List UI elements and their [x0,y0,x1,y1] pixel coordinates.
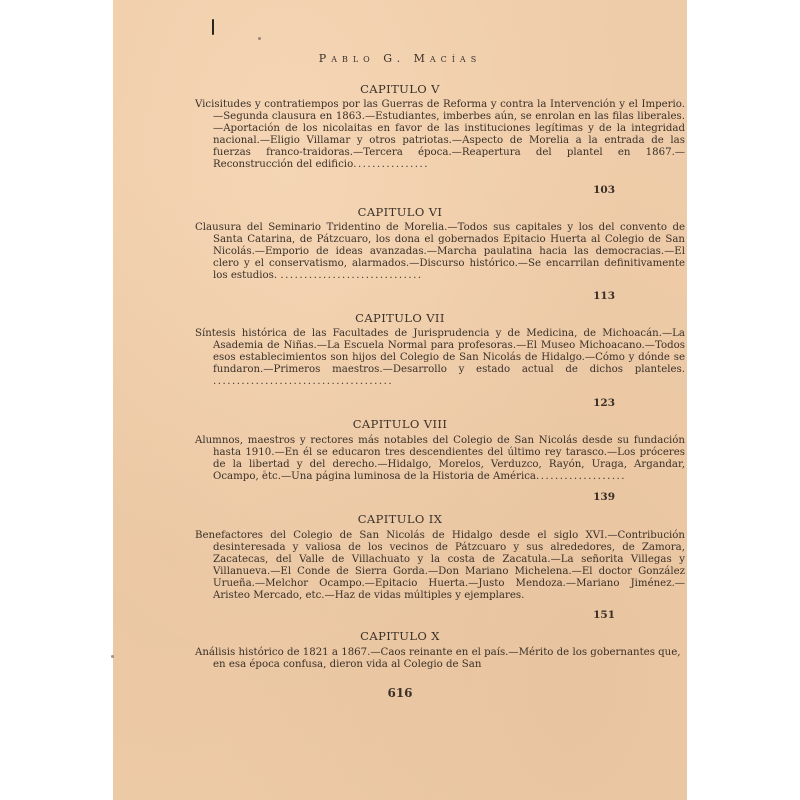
book-page: Pablo G. Macías CAPITULO V Vicisitudes y… [113,0,687,800]
running-head: Pablo G. Macías [113,52,687,65]
chapter-title: CAPITULO VI [113,205,687,219]
summary-text: Análisis histórico de 1821 a 1867.—Caos … [195,647,681,670]
dot-leader: ...................................... [213,376,393,387]
chapter-title: CAPITULO V [113,82,687,96]
dot-leader: .............................. [280,270,422,281]
chapter-title: CAPITULO VIII [113,417,687,431]
page-number: 123 [589,397,615,409]
page-number: 113 [589,290,615,302]
chapter-summary: Síntesis histórica de las Facultades de … [195,328,685,402]
summary-text: Síntesis histórica de las Facultades de … [195,328,685,375]
ink-mark [212,19,214,35]
chapter-summary: Benefactores del Colegio de San Nicolás … [195,530,685,616]
page-folio: 616 [113,686,687,700]
page-number: 139 [589,491,615,503]
chapter-title: CAPITULO X [113,629,687,643]
page-number: 151 [589,609,615,621]
chapter-summary: Clausura del Seminario Tridentino de Mor… [195,222,685,296]
page-number: 103 [589,184,615,196]
chapter-summary: Vicisitudes y contratiempos por las Guer… [195,99,685,185]
paper-speck [111,655,114,658]
chapter-title: CAPITULO IX [113,512,687,526]
summary-text: Benefactores del Colegio de San Nicolás … [195,530,685,601]
chapter-title: CAPITULO VII [113,311,687,325]
dot-leader: ................ [353,159,429,170]
summary-text: Vicisitudes y contratiempos por las Guer… [195,99,685,170]
paper-speck [258,37,261,40]
summary-text: Clausura del Seminario Tridentino de Mor… [195,222,685,281]
dot-leader: ................... [536,471,626,482]
chapter-summary: Análisis histórico de 1821 a 1867.—Caos … [195,647,685,673]
chapter-summary: Alumnos, maestros y rectores más notable… [195,435,685,497]
